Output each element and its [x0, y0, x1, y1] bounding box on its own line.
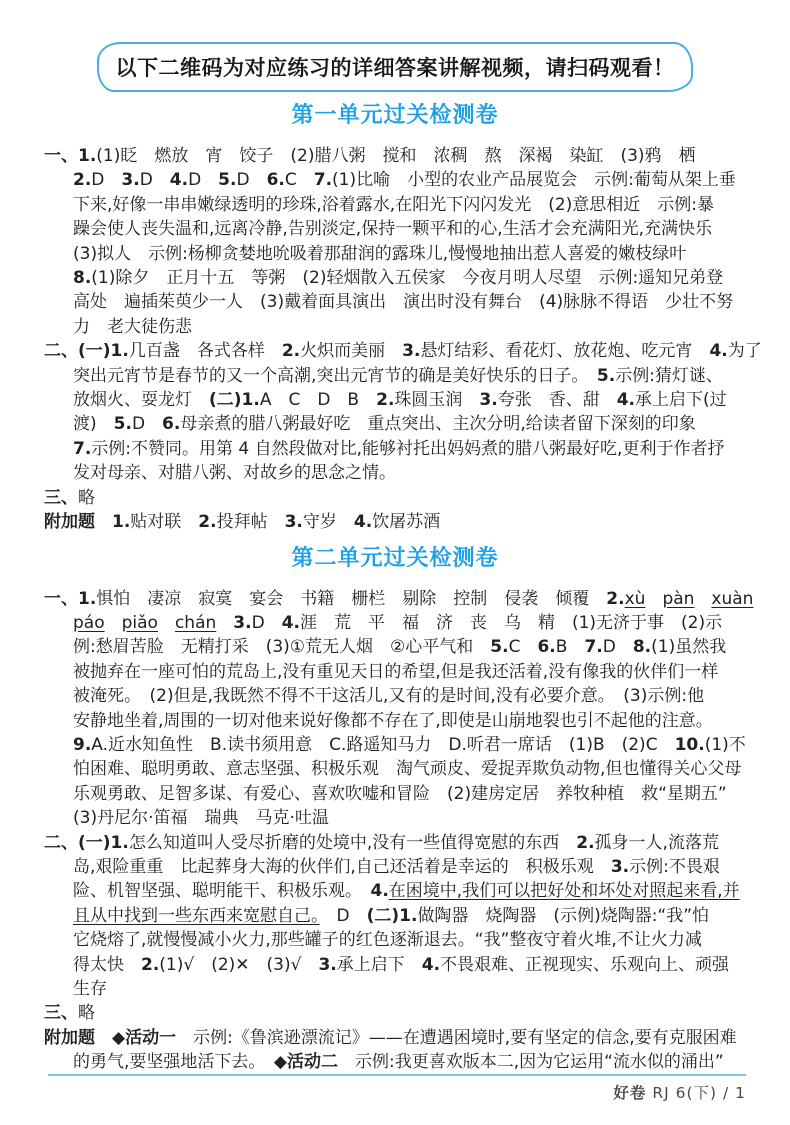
answer-line: 下来,好像一串串嫩绿透明的珍珠,浴着露水,在阳光下闪闪发光 (2)意思相近 示例…	[44, 193, 746, 217]
answer-line: 怕困难、聪明勇敢、意志坚强、积极乐观 淘气顽皮、爱捉弄欺负动物,但也懂得关心父母	[44, 757, 746, 781]
answer-line: 8.(1)除夕 正月十五 等粥 (2)轻烟散入五侯家 今夜月明人尽望 示例:遥知…	[44, 266, 746, 290]
answer-line: 附加题 1.贴对联 2.投拜帖 3.守岁 4.饮屠苏酒	[44, 510, 746, 534]
answer-line: 高处 遍插茱萸少一人 (3)戴着面具演出 演出时没有舞台 (4)脉脉不得语 少壮…	[44, 290, 746, 314]
answer-line: 乐观勇敢、足智多谋、有爱心、喜欢吹嘘和冒险 (2)建房定居 养牧种植 救“星期五…	[44, 782, 746, 806]
answer-line: 二、(一)1.怎么知道叫人受尽折磨的处境中,没有一些值得宽慰的东西 2.孤身一人…	[44, 831, 746, 855]
answer-line: 一、1.(1)眨 燃放 宵 饺子 (2)腊八粥 搅和 浓稠 熬 深褐 染缸 (3…	[44, 144, 746, 168]
page-footer: 好卷 RJ 6(下) / 1	[48, 1074, 746, 1103]
unit-answers: 一、1.惧怕 凄凉 寂寞 宴会 书籍 栅栏 剔除 控制 侵袭 倾覆 2.xù p…	[0, 587, 790, 1075]
page-number-line: 好卷 RJ 6(下) / 1	[48, 1076, 746, 1103]
answer-line: 附加题 ◆活动一 示例:《鲁滨逊漂流记》——在遭遇困境时,要有坚定的信念,要有克…	[44, 1026, 746, 1050]
answer-line: páo piǎo chán 3.D 4.涯 荒 平 福 济 丧 乌 精 (1)无…	[44, 611, 746, 635]
answer-line: 得太快 2.(1)√ (2)✕ (3)√ 3.承上启下 4.不畏艰难、正视现实、…	[44, 953, 746, 977]
answer-line: 岛,艰险重重 比起葬身大海的伙伴们,自己还活着是幸运的 积极乐观 3.示例:不畏…	[44, 855, 746, 879]
qr-notice-banner: 以下二维码为对应练习的详细答案讲解视频，请扫码观看！	[97, 42, 693, 92]
answer-line: 被抛弃在一座可怕的荒岛上,没有重见天日的希望,但是我还活着,没有像我的伙伴们一样	[44, 660, 746, 684]
answer-line: 它烧熔了,就慢慢减小火力,那些罐子的红色逐渐退去。“我”整夜守着火堆,不让火力减	[44, 928, 746, 952]
answer-line: 安静地坐着,周围的一切对他来说好像都不存在了,即使是山崩地裂也引不起他的注意。	[44, 709, 746, 733]
answer-line: 2.D 3.D 4.D 5.D 6.C 7.(1)比喻 小型的农业产品展览会 示…	[44, 168, 746, 192]
page-info: RJ 6(下) / 1	[646, 1084, 746, 1102]
answer-line: 发对母亲、对腊八粥、对故乡的思念之情。	[44, 461, 746, 485]
answer-line: 三、略	[44, 486, 746, 510]
answer-content: 第一单元过关检测卷一、1.(1)眨 燃放 宵 饺子 (2)腊八粥 搅和 浓稠 熬…	[0, 102, 790, 1075]
answer-line: (3)拟人 示例:杨柳贪婪地吮吸着那甜润的露珠儿,慢慢地抽出惹人喜爱的嫩枝绿叶	[44, 242, 746, 266]
answer-line: 例:愁眉苦脸 无精打采 (3)①荒无人烟 ②心平气和 5.C 6.B 7.D 8…	[44, 635, 746, 659]
answer-key-page: 以下二维码为对应练习的详细答案讲解视频，请扫码观看！ 第一单元过关检测卷一、1.…	[0, 0, 790, 1125]
answer-line: 一、1.惧怕 凄凉 寂寞 宴会 书籍 栅栏 剔除 控制 侵袭 倾覆 2.xù p…	[44, 587, 746, 611]
answer-line: 躁会使人丧失温和,远离冷静,告别淡定,保持一颗平和的心,生活才会充满阳光,充满快…	[44, 217, 746, 241]
unit-title: 第一单元过关检测卷	[0, 102, 790, 130]
unit-title: 第二单元过关检测卷	[0, 545, 790, 573]
brand-label: 好卷	[613, 1084, 646, 1102]
answer-line: 二、(一)1.几百盏 各式各样 2.火炽而美丽 3.悬灯结彩、看花灯、放花炮、吃…	[44, 339, 746, 363]
answer-line: 力 老大徒伤悲	[44, 315, 746, 339]
banner-text: 以下二维码为对应练习的详细答案讲解视频，请扫码观看！	[116, 52, 675, 82]
answer-line: 险、机智坚强、聪明能干、积极乐观。 4.在困境中,我们可以把好处和坏处对照起来看…	[44, 879, 746, 903]
answer-line: 三、略	[44, 1001, 746, 1025]
answer-line: 生存	[44, 977, 746, 1001]
answer-line: 且从中找到一些东西来宽慰自己。 D (二)1.做陶器 烧陶器 (示例)烧陶器:“…	[44, 904, 746, 928]
unit-answers: 一、1.(1)眨 燃放 宵 饺子 (2)腊八粥 搅和 浓稠 熬 深褐 染缸 (3…	[0, 144, 790, 535]
answer-line: 的勇气,要坚强地活下去。 ◆活动二 示例:我更喜欢版本二,因为它运用“流水似的涌…	[44, 1050, 746, 1074]
answer-line: 渡) 5.D 6.母亲煮的腊八粥最好吃 重点突出、主次分明,给读者留下深刻的印象	[44, 412, 746, 436]
answer-line: 被淹死。 (2)但是,我既然不得不干这活儿,又有的是时间,没有必要介意。 (3)…	[44, 684, 746, 708]
answer-line: 突出元宵节是春节的又一个高潮,突出元宵节的确是美好快乐的日子。 5.示例:猜灯谜…	[44, 364, 746, 388]
answer-line: 放烟火、耍龙灯 (二)1.A C D B 2.珠圆玉润 3.夸张 香、甜 4.承…	[44, 388, 746, 412]
sections-container: 第一单元过关检测卷一、1.(1)眨 燃放 宵 饺子 (2)腊八粥 搅和 浓稠 熬…	[0, 102, 790, 1075]
answer-line: 7.示例:不赞同。用第 4 自然段做对比,能够衬托出妈妈煮的腊八粥最好吃,更利于…	[44, 437, 746, 461]
answer-line: 9.A.近水知鱼性 B.读书须用意 C.路遥知马力 D.听君一席话 (1)B (…	[44, 733, 746, 757]
answer-line: (3)丹尼尔·笛福 瑞典 马克·吐温	[44, 806, 746, 830]
